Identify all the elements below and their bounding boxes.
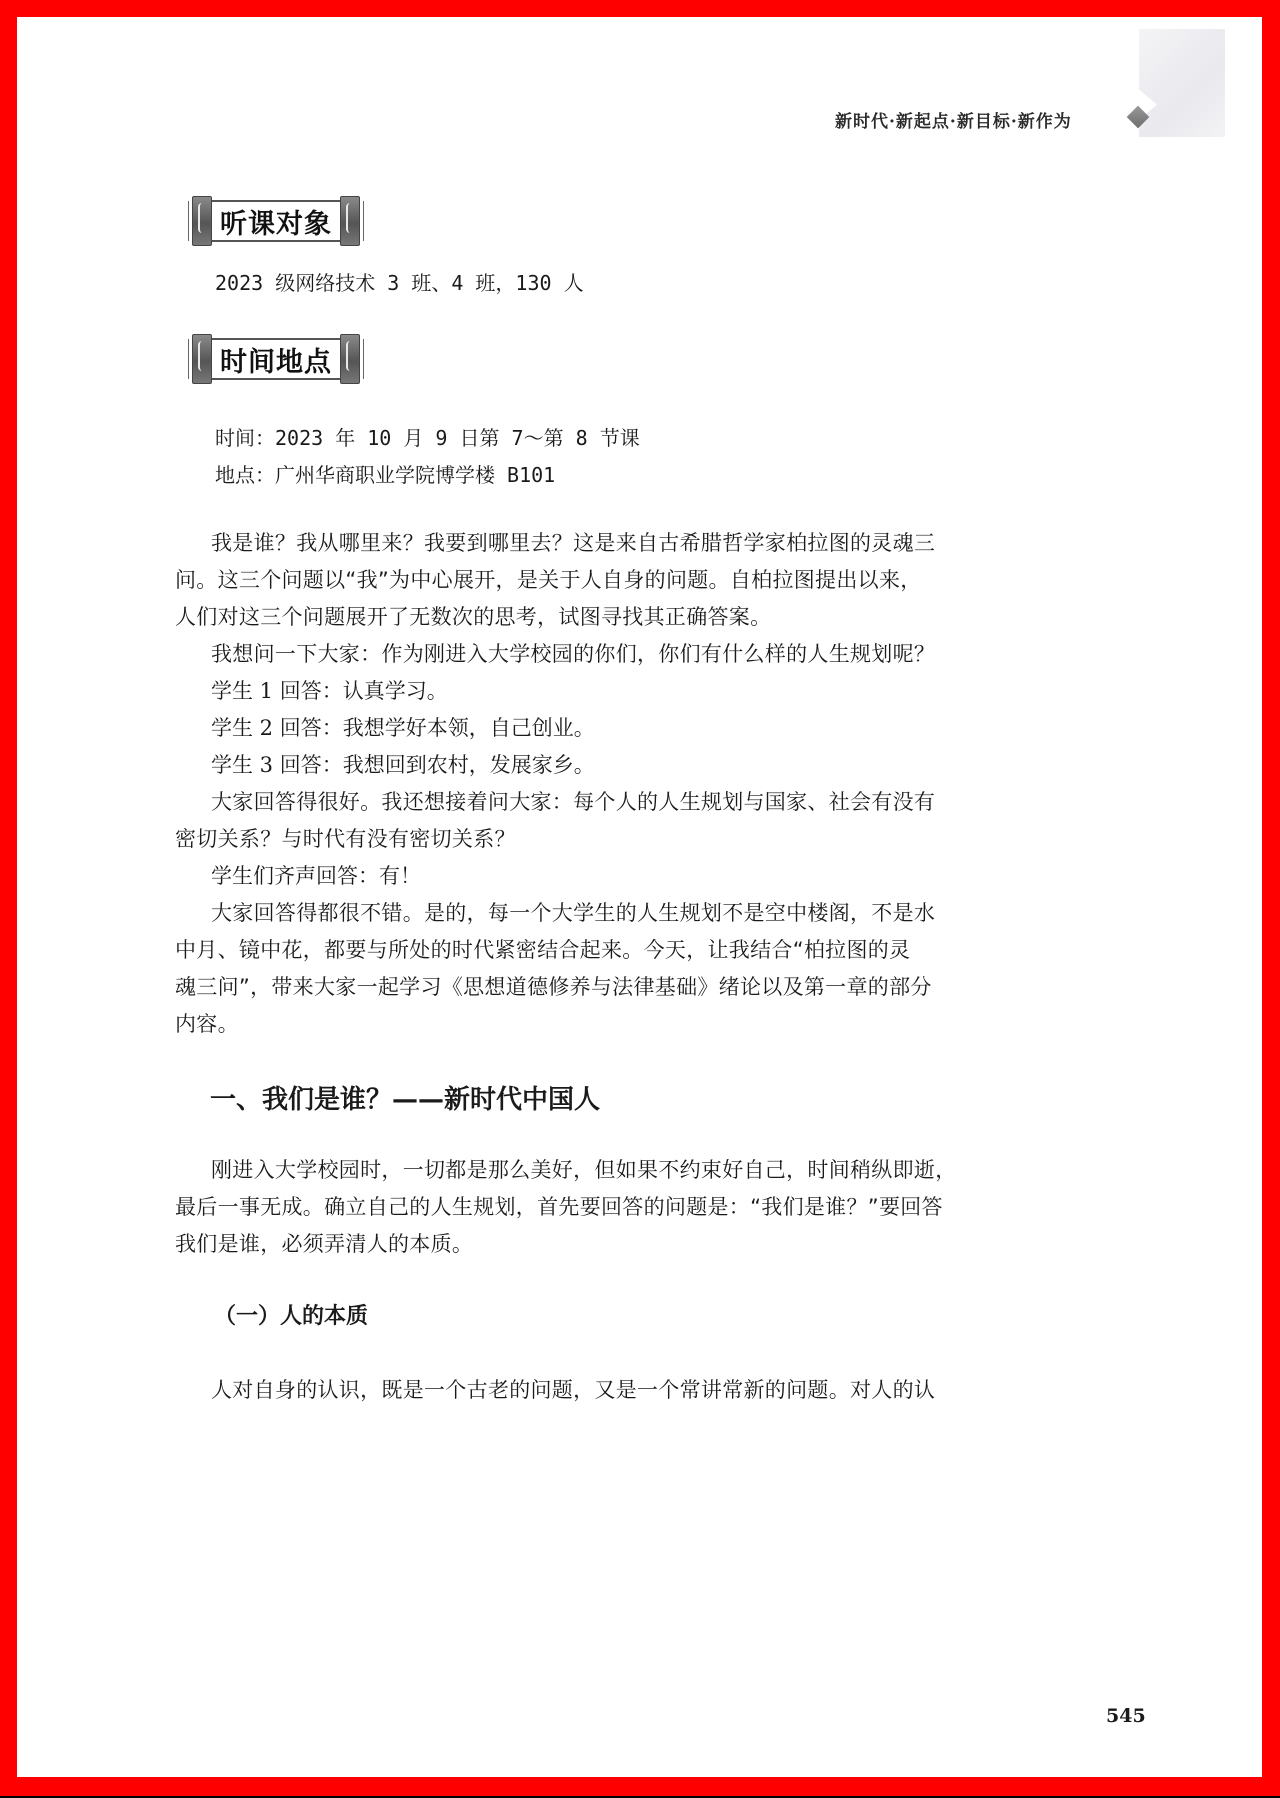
ornament-rule xyxy=(188,339,189,379)
student-chorus: 学生们齐声回答：有！ xyxy=(211,860,421,890)
paragraph-line: 人对自身的认识，既是一个古老的问题，又是一个常讲常新的问题。对人的认 xyxy=(211,1374,935,1404)
scroll-ornament-icon xyxy=(340,196,360,246)
student-answer: 学生 2 回答：我想学好本领，自己创业。 xyxy=(211,712,595,742)
ornament-rule xyxy=(188,201,189,241)
paragraph-line: 内容。 xyxy=(175,1008,239,1038)
subsection-heading: （一）人的本质 xyxy=(214,1299,368,1330)
paragraph-line: 问。这三个问题以“我”为中心展开，是关于人自身的问题。自柏拉图提出以来， xyxy=(175,564,922,594)
paragraph-line: 魂三问”，带来大家一起学习《思想道德修养与法律基础》绪论以及第一章的部分 xyxy=(175,971,932,1001)
time-text: 时间：2023 年 10 月 9 日第 7～第 8 节课 xyxy=(215,422,640,451)
chapter-heading: 一、我们是谁？——新时代中国人 xyxy=(210,1079,600,1116)
running-head: 新时代·新起点·新目标·新作为 xyxy=(835,107,1072,132)
section-title-text: 听课对象 xyxy=(212,200,340,242)
section-title-time-place: 时间地点 xyxy=(185,336,367,382)
section-title-text: 时间地点 xyxy=(212,338,340,380)
paragraph-line: 大家回答得都很不错。是的，每一个大学生的人生规划不是空中楼阁，不是水 xyxy=(211,897,935,927)
paragraph-line: 密切关系？与时代有没有密切关系？ xyxy=(175,823,516,853)
student-answer: 学生 3 回答：我想回到农村，发展家乡。 xyxy=(211,749,595,779)
scroll-ornament-icon xyxy=(192,334,212,384)
student-answer: 学生 1 回答：认真学习。 xyxy=(211,675,448,705)
ornament-rule xyxy=(363,201,364,241)
place-text: 地点：广州华商职业学院博学楼 B101 xyxy=(215,459,555,488)
paragraph-line: 我想问一下大家：作为刚进入大学校园的你们，你们有什么样的人生规划呢？ xyxy=(211,638,935,668)
book-page: 新时代·新起点·新目标·新作为 听课对象 2023 级网络技术 3 班、4 班，… xyxy=(17,17,1262,1777)
paragraph-line: 中月、镜中花，都要与所处的时代紧密结合起来。今天，让我结合“柏拉图的灵 xyxy=(175,934,910,964)
paragraph-line: 人们对这三个问题展开了无数次的思考，试图寻找其正确答案。 xyxy=(175,601,771,631)
paragraph-line: 大家回答得很好。我还想接着问大家：每个人的人生规划与国家、社会有没有 xyxy=(211,786,935,816)
paragraph-line: 我是谁？我从哪里来？我要到哪里去？这是来自古希腊哲学家柏拉图的灵魂三 xyxy=(211,527,935,557)
paragraph-line: 我们是谁，必须弄清人的本质。 xyxy=(175,1228,473,1258)
audience-text: 2023 级网络技术 3 班、4 班，130 人 xyxy=(215,267,584,296)
paragraph-line: 最后一事无成。确立自己的人生规划，首先要回答的问题是：“我们是谁？”要回答 xyxy=(175,1191,943,1221)
section-title-audience: 听课对象 xyxy=(185,198,367,244)
paragraph-line: 刚进入大学校园时，一切都是那么美好，但如果不约束好自己，时间稍纵即逝， xyxy=(211,1154,957,1184)
page-number: 545 xyxy=(1106,1705,1146,1727)
ornament-rule xyxy=(363,339,364,379)
scroll-ornament-icon xyxy=(340,334,360,384)
header-tab-decoration xyxy=(1139,29,1225,137)
scroll-ornament-icon xyxy=(192,196,212,246)
